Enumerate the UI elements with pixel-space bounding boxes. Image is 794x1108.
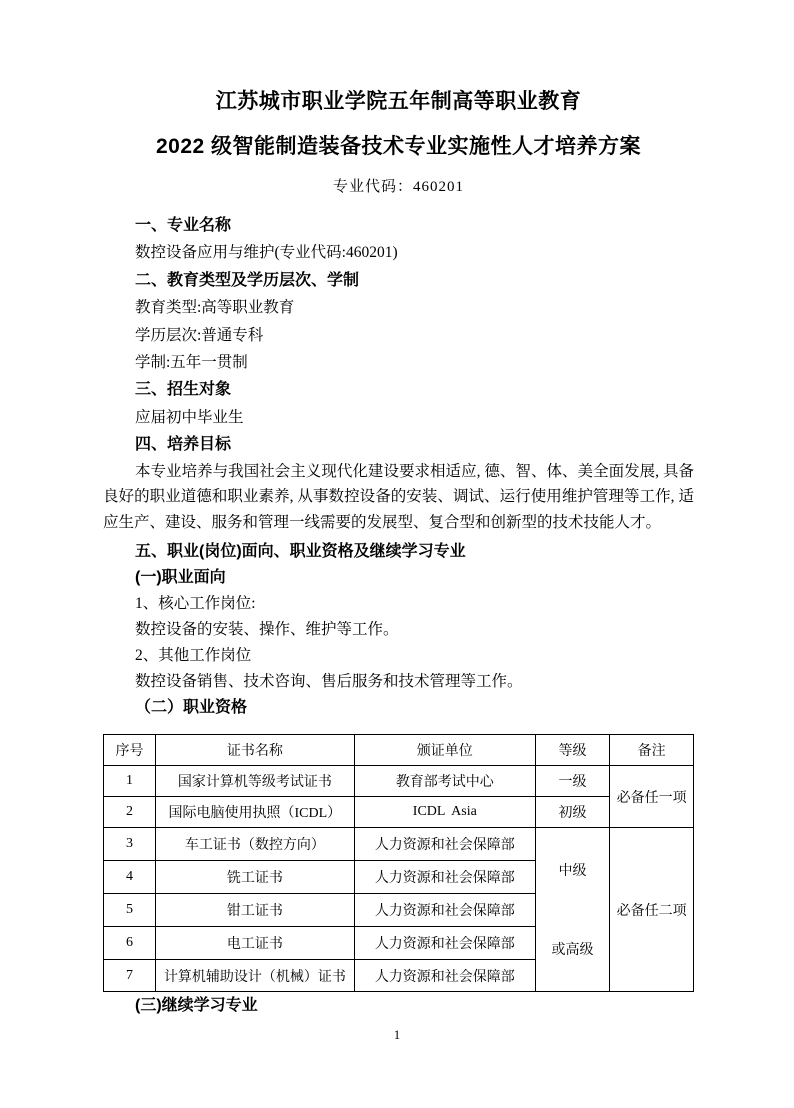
document-page: 江苏城市职业学院五年制高等职业教育 2022 级智能制造装备技术专业实施性人才培… [0,0,794,1108]
section5-heading: 五、职业(岗位)面向、职业资格及继续学习专业 [103,539,694,565]
document-content: 江苏城市职业学院五年制高等职业教育 2022 级智能制造装备技术专业实施性人才培… [0,89,794,1020]
section2-heading: 二、教育类型及学历层次、学制 [103,267,694,294]
document-body: 一、专业名称 数控设备应用与维护(专业代码:460201) 二、教育类型及学历层… [103,212,694,1020]
edu-level-text: 学历层次:普通专科 [103,322,694,349]
section5-group: 五、职业(岗位)面向、职业资格及继续学习专业 (一)职业面向 1、核心工作岗位:… [103,539,694,721]
sub1-heading: (一)职业面向 [103,565,694,591]
core-jobs-desc: 数控设备的安装、操作、维护等工作。 [103,617,694,643]
section1-heading: 一、专业名称 [103,212,694,239]
cell-no: 6 [104,926,156,959]
table-row: 2 国际电脑使用执照（ICDL） ICDL Asia 初级 [104,797,694,828]
cell-no: 1 [104,766,156,797]
cell-cert-name: 国家计算机等级考试证书 [155,766,354,797]
cell-level-merged-3-7: 中级 或高级 [535,828,609,992]
level-line1: 中级 [538,860,607,880]
table-row: 3 车工证书（数控方向） 人力资源和社会保障部 中级 或高级 必备任二项 [104,828,694,861]
major-code-line: 专业代码：460201 [103,176,694,198]
sub3-heading: (三)继续学习专业 [103,992,694,1019]
cell-no: 7 [104,959,156,992]
cell-issuer: 人力资源和社会保障部 [354,894,535,927]
cell-no: 5 [104,894,156,927]
cell-cert-name: 车工证书（数控方向） [155,828,354,861]
section4-heading: 四、培养目标 [103,431,694,458]
header-cell-note: 备注 [610,735,694,766]
level-line2: 或高级 [538,939,607,959]
cell-issuer: 人力资源和社会保障部 [354,959,535,992]
header-cell-issuer: 颁证单位 [354,735,535,766]
cell-note-merged-1-2: 必备任一项 [610,766,694,828]
cell-cert-name: 钳工证书 [155,894,354,927]
other-jobs-label: 2、其他工作岗位 [103,643,694,669]
sub2-heading: （二）职业资格 [103,695,694,721]
training-objective-paragraph: 本专业培养与我国社会主义现代化建设要求相适应, 德、智、体、美全面发展, 具备良… [103,459,694,536]
header-cell-name: 证书名称 [155,735,354,766]
qualification-table: 序号 证书名称 颁证单位 等级 备注 1 国家计算机等级考试证书 教育部考试中心… [103,734,694,992]
cell-level: 一级 [535,766,609,797]
cell-cert-name: 国际电脑使用执照（ICDL） [155,797,354,828]
other-jobs-desc: 数控设备销售、技术咨询、售后服务和技术管理等工作。 [103,669,694,695]
major-name-text: 数控设备应用与维护(专业代码:460201) [103,239,694,266]
cell-level: 初级 [535,797,609,828]
cell-issuer: ICDL Asia [354,797,535,828]
cell-cert-name: 电工证书 [155,926,354,959]
cell-cert-name: 计算机辅助设计（机械）证书 [155,959,354,992]
page-number: 1 [0,1026,794,1044]
header-cell-level: 等级 [535,735,609,766]
cell-issuer: 人力资源和社会保障部 [354,926,535,959]
document-title-line1: 江苏城市职业学院五年制高等职业教育 [103,89,694,115]
cell-note-merged-3-7: 必备任二项 [610,828,694,992]
cell-no: 4 [104,861,156,894]
cell-issuer: 教育部考试中心 [354,766,535,797]
section3-heading: 三、招生对象 [103,376,694,403]
core-jobs-label: 1、核心工作岗位: [103,591,694,617]
edu-type-text: 教育类型:高等职业教育 [103,294,694,321]
table-row: 1 国家计算机等级考试证书 教育部考试中心 一级 必备任一项 [104,766,694,797]
cell-issuer: 人力资源和社会保障部 [354,861,535,894]
cell-cert-name: 铣工证书 [155,861,354,894]
document-title-line2: 2022 级智能制造装备技术专业实施性人才培养方案 [103,134,694,160]
schooling-length-text: 学制:五年一贯制 [103,349,694,376]
cell-no: 3 [104,828,156,861]
table-header-row: 序号 证书名称 颁证单位 等级 备注 [104,735,694,766]
cell-no: 2 [104,797,156,828]
enrollment-target-text: 应届初中毕业生 [103,404,694,431]
header-cell-no: 序号 [104,735,156,766]
cell-issuer: 人力资源和社会保障部 [354,828,535,861]
